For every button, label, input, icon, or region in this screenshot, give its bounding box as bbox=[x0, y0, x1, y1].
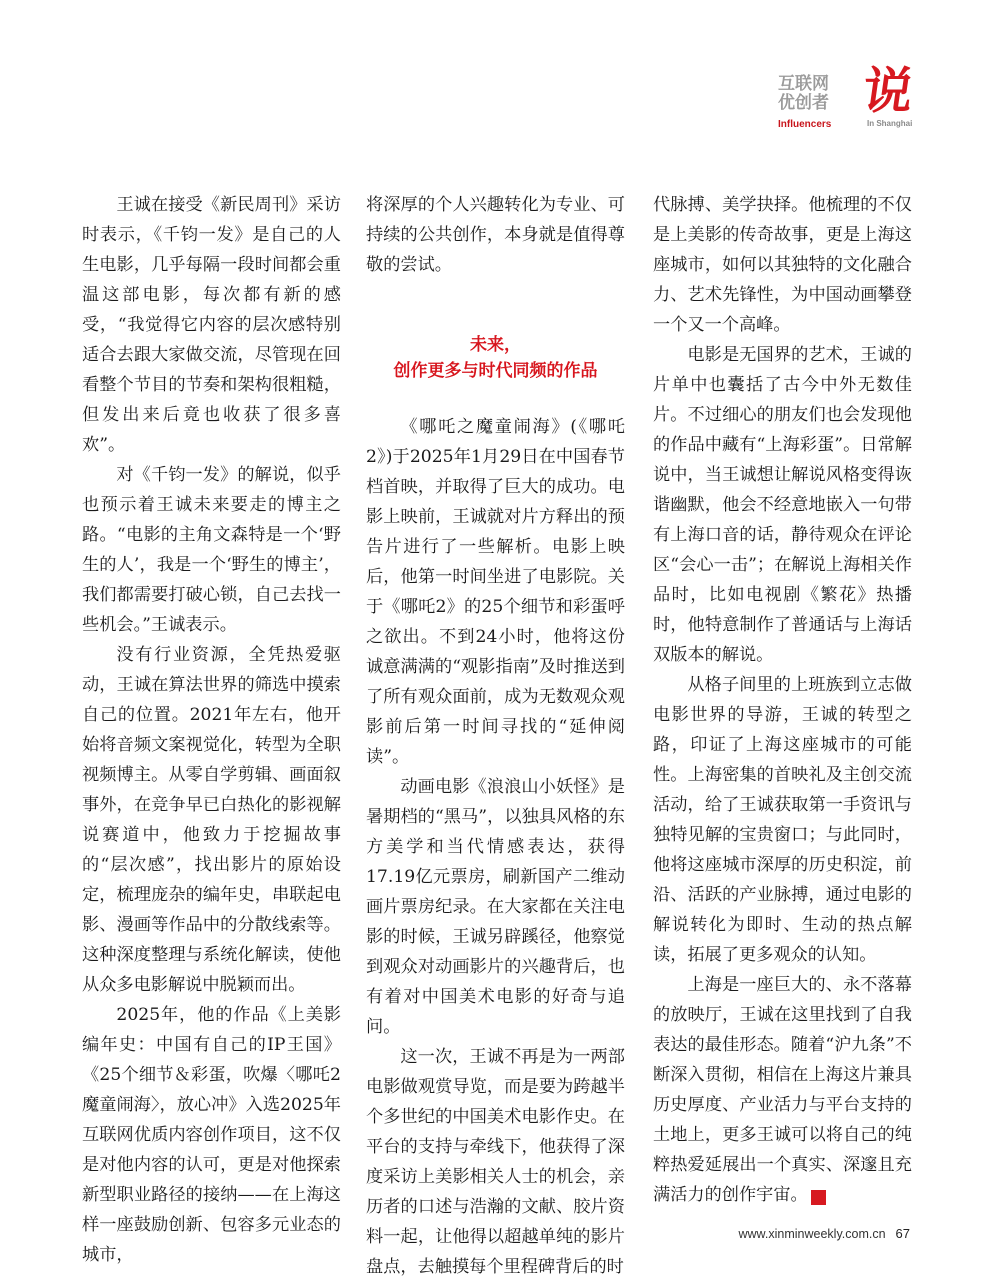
end-mark-icon: 民 bbox=[811, 1190, 826, 1205]
paragraph: 电影是无国界的艺术，王诚的片单中也囊括了古今中外无数佳片。不过细心的朋友们也会发… bbox=[653, 340, 912, 670]
paragraph: 对《千钧一发》的解说，似乎也预示着王诚未来要走的博主之路。“电影的主角文森特是一… bbox=[82, 460, 341, 640]
paragraph: 这一次，王诚不再是为一两部电影做观赏导览，而是要为跨越半个多世纪的中国美术电影作… bbox=[366, 1042, 625, 1280]
page-footer: www.xinminweekly.com.cn67 bbox=[700, 1226, 910, 1241]
section-heading-line-1: 未来， bbox=[366, 332, 625, 358]
article-column-2: 将深厚的个人兴趣转化为专业、可持续的公共创作，本身就是值得尊敬的尝试。 未来， … bbox=[366, 190, 625, 1280]
article-column-3: 代脉搏、美学抉择。他梳理的不仅是上美影的传奇故事，更是上海这座城市，如何以其独特… bbox=[653, 190, 912, 1210]
logo-line-2: 优创者 bbox=[778, 94, 829, 113]
logo-line-1: 互联网 bbox=[778, 75, 829, 94]
website-url: www.xinminweekly.com.cn bbox=[739, 1227, 886, 1241]
paragraph: 《哪吒之魔童闹海》(《哪吒2》)于2025年1月29日在中国春节档首映，并取得了… bbox=[366, 412, 625, 772]
logo-big-character: 说 bbox=[859, 65, 916, 117]
paragraph-continued: 将深厚的个人兴趣转化为专业、可持续的公共创作，本身就是值得尊敬的尝试。 bbox=[366, 190, 625, 280]
paragraph: 2025年，他的作品《上美影编年史：中国有自己的IP王国》《25个细节＆彩蛋，吹… bbox=[82, 1000, 341, 1270]
page-number: 67 bbox=[896, 1226, 910, 1241]
paragraph: 从格子间里的上班族到立志做电影世界的导游，王诚的转型之路，印证了上海这座城市的可… bbox=[653, 670, 912, 970]
paragraph: 没有行业资源，全凭热爱驱动，王诚在算法世界的筛选中摸索自己的位置。2021年左右… bbox=[82, 640, 341, 1000]
paragraph-continued: 代脉搏、美学抉择。他梳理的不仅是上美影的传奇故事，更是上海这座城市，如何以其独特… bbox=[653, 190, 912, 340]
paragraph: 王诚在接受《新民周刊》采访时表示，《千钧一发》是自己的人生电影，几乎每隔一段时间… bbox=[82, 190, 341, 460]
logo-english-2: In Shanghai bbox=[867, 119, 912, 128]
logo-chinese-text: 互联网 优创者 bbox=[778, 75, 829, 113]
paragraph-text: 上海是一座巨大的、永不落幕的放映厅，王诚在这里找到了自我表达的最佳形态。随着“沪… bbox=[653, 975, 912, 1205]
paragraph: 动画电影《浪浪山小妖怪》是暑期档的“黑马”，以独具风格的东方美学和当代情感表达，… bbox=[366, 772, 625, 1042]
article-column-1: 王诚在接受《新民周刊》采访时表示，《千钧一发》是自己的人生电影，几乎每隔一段时间… bbox=[82, 190, 341, 1270]
section-heading-line-2: 创作更多与时代同频的作品 bbox=[366, 358, 625, 384]
paragraph: 上海是一座巨大的、永不落幕的放映厅，王诚在这里找到了自我表达的最佳形态。随着“沪… bbox=[653, 970, 912, 1210]
column-logo: 互联网 优创者 说 Influencers In Shanghai bbox=[775, 73, 915, 135]
logo-english-1: Influencers bbox=[778, 119, 831, 130]
section-heading: 未来， 创作更多与时代同频的作品 bbox=[366, 332, 625, 384]
